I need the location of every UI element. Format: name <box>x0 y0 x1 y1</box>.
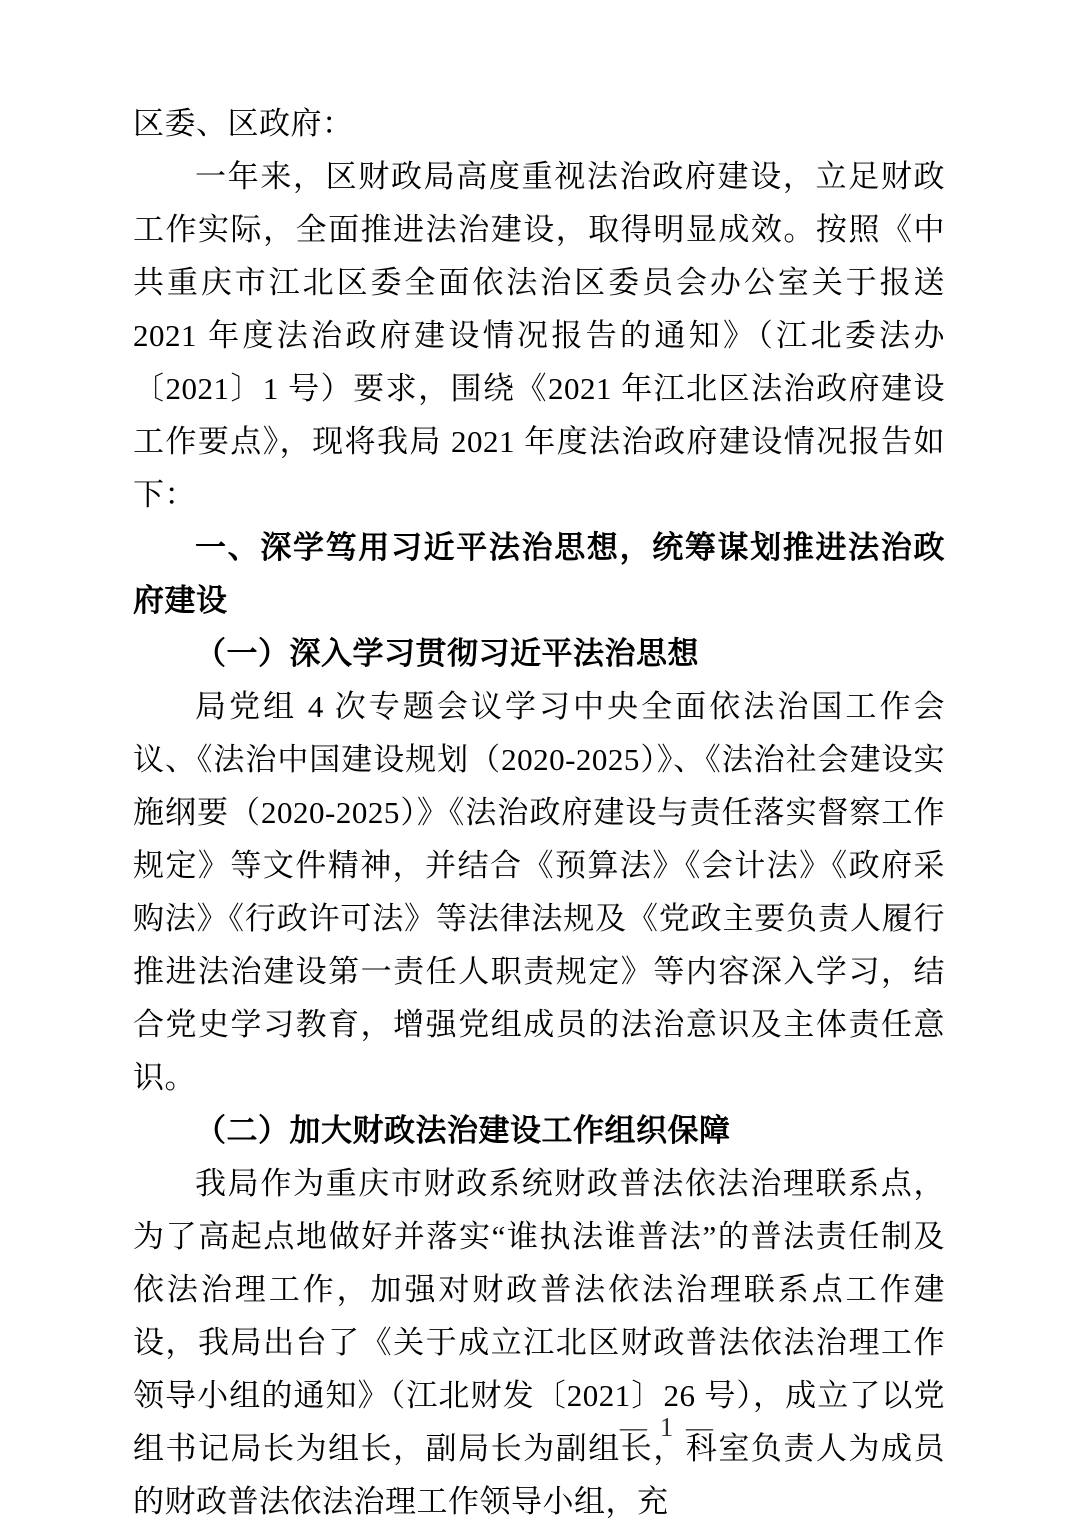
page-number: — 1 — <box>0 1410 1074 1444</box>
document-body: 区委、区政府：一年来，区财政局高度重视法治政府建设，立足财政工作实际，全面推进法… <box>133 97 945 1520</box>
paragraph: 我局作为重庆市财政系统财政普法依法治理联系点，为了高起点地做好并落实“谁执法谁普… <box>133 1157 945 1520</box>
paragraph: 局党组 4 次专题会议学习中央全面依法治国工作会议、《法治中国建设规划（2020… <box>133 680 945 1104</box>
document-page: 区委、区政府：一年来，区财政局高度重视法治政府建设，立足财政工作实际，全面推进法… <box>0 0 1074 1520</box>
paragraph: 一年来，区财政局高度重视法治政府建设，立足财政工作实际，全面推进法治建设，取得明… <box>133 150 945 521</box>
section-heading: 一、深学笃用习近平法治思想，统筹谋划推进法治政府建设 <box>133 521 945 627</box>
salutation: 区委、区政府： <box>133 97 945 150</box>
subsection-heading: （一）深入学习贯彻习近平法治思想 <box>133 627 945 680</box>
subsection-heading: （二）加大财政法治建设工作组织保障 <box>133 1104 945 1157</box>
